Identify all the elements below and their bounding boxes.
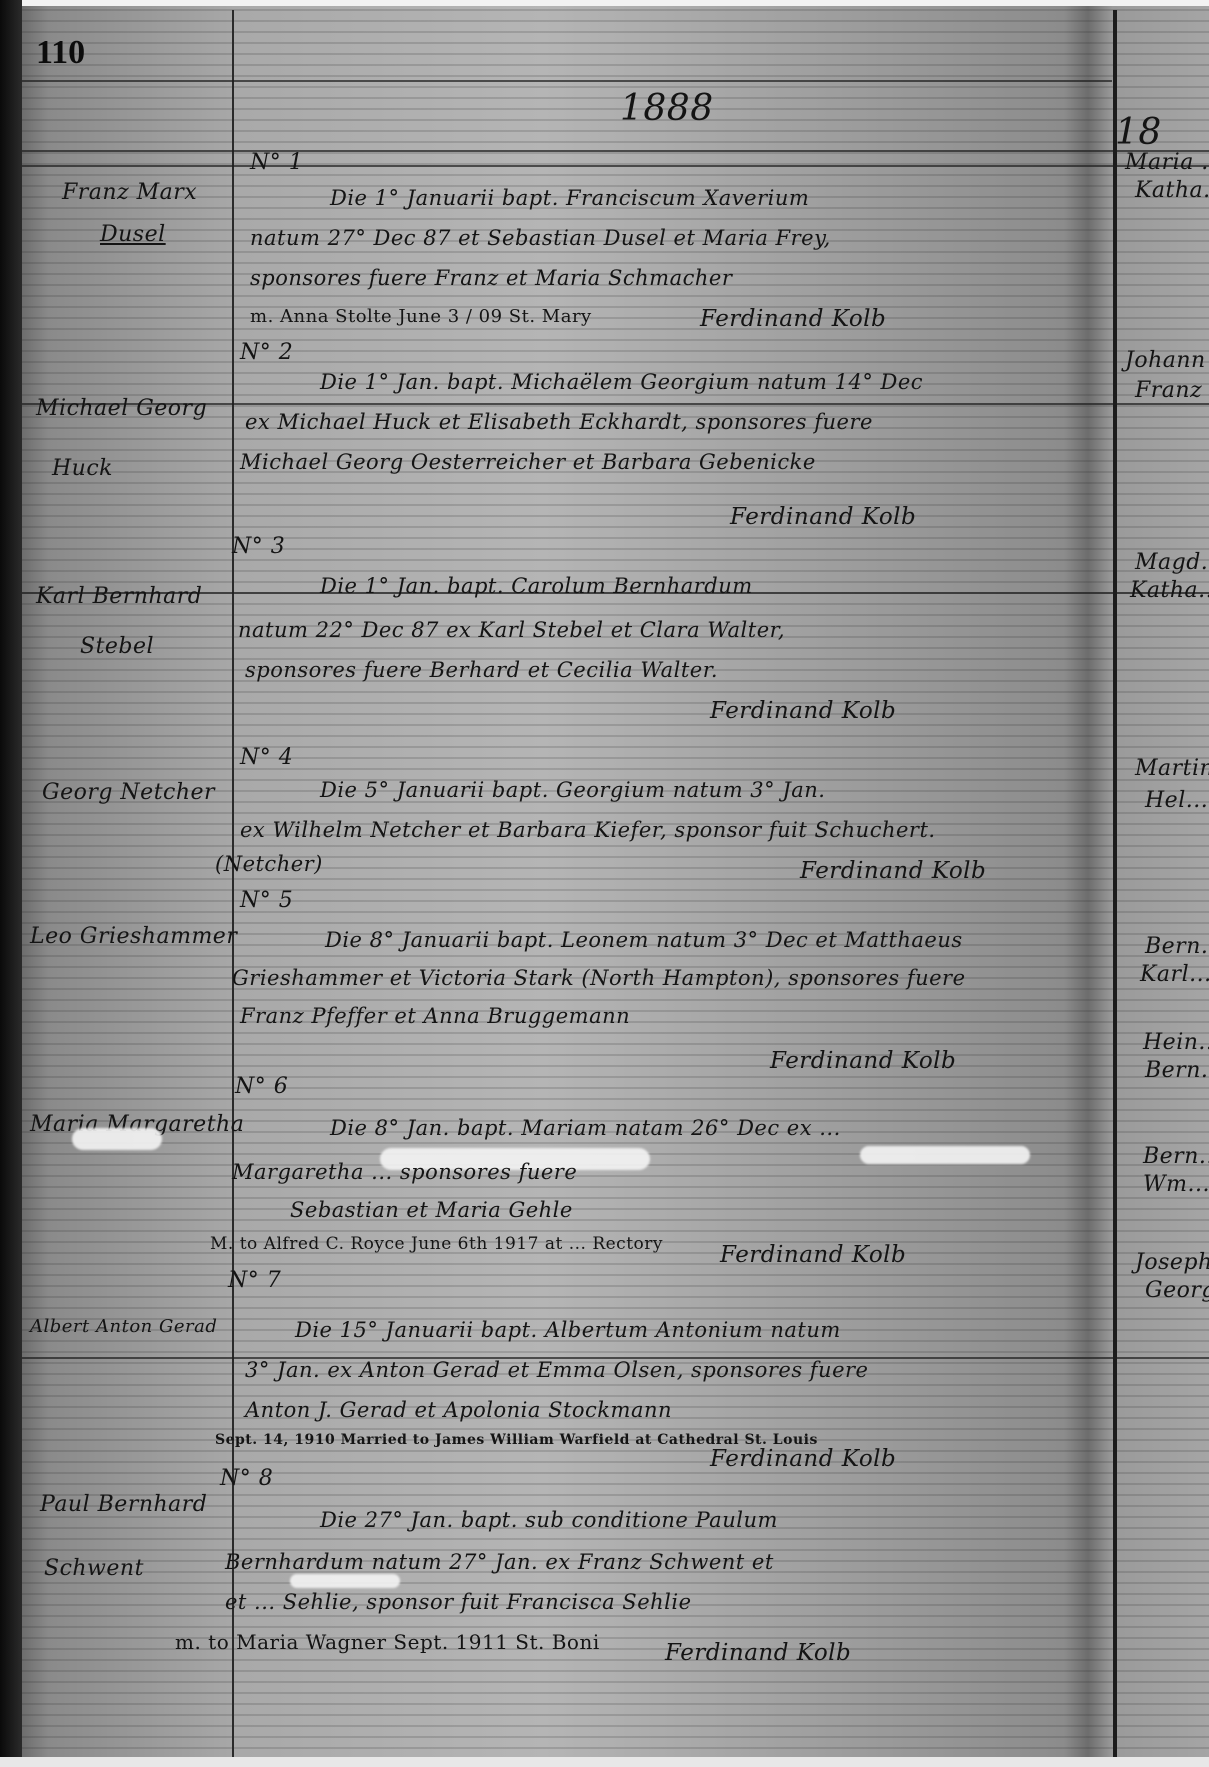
ledger-rule <box>22 165 1209 167</box>
priest-signature: Ferdinand Kolb <box>710 1446 896 1472</box>
entry-text-line: Die 8° Jan. bapt. Mariam natam 26° Dec e… <box>330 1116 841 1140</box>
facing-margin-name: Bern... <box>1145 934 1209 959</box>
entry-text-line: sponsores fuere Berhard et Cecilia Walte… <box>245 658 718 682</box>
entry-number: N° 5 <box>240 888 293 913</box>
marginal-annotation: M. to Alfred C. Royce June 6th 1917 at .… <box>210 1234 663 1254</box>
entry-text-line: Die 5° Januarii bapt. Georgium natum 3° … <box>320 778 825 802</box>
facing-margin-name: Joseph... <box>1135 1250 1209 1275</box>
facing-margin-name: Martin... <box>1135 756 1209 781</box>
facing-margin-name: Hein... <box>1143 1030 1209 1055</box>
entry-text-line: Bernhardum natum 27° Jan. ex Franz Schwe… <box>225 1550 774 1574</box>
margin-column-rule <box>232 10 234 1757</box>
entry-text-line: natum 27° Dec 87 et Sebastian Dusel et M… <box>250 226 831 250</box>
facing-page-fragment: 18 Maria ... Katha... Johann ... Franz .… <box>1115 0 1209 1767</box>
entry-text-line: Die 1° Januarii bapt. Franciscum Xaveriu… <box>330 186 809 210</box>
facing-margin-name: Maria ... <box>1125 150 1209 175</box>
entry-number: N° 4 <box>240 745 293 770</box>
entry-text-line: Die 8° Januarii bapt. Leonem natum 3° De… <box>325 928 963 952</box>
margin-name: Schwent <box>44 1556 144 1581</box>
scan-bottom-edge <box>0 1757 1209 1767</box>
entry-text-line: natum 22° Dec 87 ex Karl Stebel et Clara… <box>238 618 785 642</box>
ledger-rule <box>22 80 1112 82</box>
margin-name: Michael Georg <box>36 396 207 421</box>
ledger-rule <box>22 150 1209 152</box>
scan-top-edge <box>0 0 1209 6</box>
facing-margin-name: Karl... <box>1140 962 1209 987</box>
margin-name: Dusel <box>100 222 166 247</box>
facing-margin-name: Georg... <box>1145 1278 1209 1303</box>
priest-signature: Ferdinand Kolb <box>800 858 986 884</box>
priest-signature: Ferdinand Kolb <box>700 306 886 332</box>
page-number: 110 <box>36 34 85 72</box>
margin-name: Paul Bernhard <box>40 1492 207 1517</box>
entry-number: N° 1 <box>250 150 303 175</box>
entry-text-line: Anton J. Gerad et Apolonia Stockmann <box>245 1398 672 1422</box>
entry-text-line: Margaretha ... sponsores fuere <box>232 1160 577 1184</box>
facing-margin-name: Johann ... <box>1125 348 1209 373</box>
entry-text-line: Die 1° Jan. bapt. Carolum Bernhardum <box>320 574 753 598</box>
entry-text-line: et ... Sehlie, sponsor fuit Francisca Se… <box>225 1590 692 1614</box>
margin-name: Georg Netcher <box>42 780 215 805</box>
book-binding-shadow <box>0 0 22 1767</box>
marginal-annotation: m. Anna Stolte June 3 / 09 St. Mary <box>250 306 592 327</box>
facing-margin-name: Bern... <box>1143 1144 1209 1169</box>
priest-signature: Ferdinand Kolb <box>720 1242 906 1268</box>
marginal-annotation: m. to Maria Wagner Sept. 1911 St. Boni <box>175 1630 600 1654</box>
entry-text-line: (Netcher) <box>215 852 323 876</box>
facing-margin-name: Magd... <box>1135 550 1209 575</box>
entry-text-line: Die 27° Jan. bapt. sub conditione Paulum <box>320 1508 778 1532</box>
entry-text-line: Die 15° Januarii bapt. Albertum Antonium… <box>295 1318 841 1342</box>
facing-page-year: 18 <box>1115 112 1162 153</box>
margin-name: Leo Grieshammer <box>30 924 237 949</box>
entry-text-line: Grieshammer et Victoria Stark (North Ham… <box>232 966 966 990</box>
margin-name: Huck <box>52 456 113 481</box>
facing-margin-name: Katha... <box>1135 178 1209 203</box>
facing-margin-name: Bern... <box>1145 1058 1209 1083</box>
entry-text-line: Franz Pfeffer et Anna Bruggemann <box>240 1004 630 1028</box>
facing-margin-name: Hel... <box>1145 788 1208 813</box>
year-heading: 1888 <box>620 88 714 129</box>
entry-number: N° 6 <box>235 1074 288 1099</box>
entry-text-line: Michael Georg Oesterreicher et Barbara G… <box>240 450 816 474</box>
priest-signature: Ferdinand Kolb <box>730 504 916 530</box>
entry-number: N° 8 <box>220 1466 273 1491</box>
entry-number: N° 3 <box>232 534 285 559</box>
margin-name: Franz Marx <box>62 180 197 205</box>
entry-text-line: Sebastian et Maria Gehle <box>290 1198 573 1222</box>
entry-text-line: ex Michael Huck et Elisabeth Eckhardt, s… <box>245 410 873 434</box>
priest-signature: Ferdinand Kolb <box>665 1640 851 1666</box>
priest-signature: Ferdinand Kolb <box>770 1048 956 1074</box>
entry-number: N° 7 <box>228 1268 281 1293</box>
paper-damage-blot <box>860 1146 1030 1164</box>
paper-damage-blot <box>72 1128 162 1150</box>
margin-name: Albert Anton Gerad <box>30 1316 217 1337</box>
facing-margin-name: Katha... <box>1130 578 1209 603</box>
entry-text-line: 3° Jan. ex Anton Gerad et Emma Olsen, sp… <box>245 1358 868 1382</box>
priest-signature: Ferdinand Kolb <box>710 698 896 724</box>
facing-margin-name: Wm... <box>1143 1172 1209 1197</box>
facing-margin-name: Franz ... <box>1135 378 1209 403</box>
entry-text-line: Die 1° Jan. bapt. Michaëlem Georgium nat… <box>320 370 923 394</box>
entry-text-line: sponsores fuere Franz et Maria Schmacher <box>250 266 732 290</box>
margin-name: Stebel <box>80 634 154 659</box>
paper-damage-blot <box>290 1574 400 1588</box>
entry-number: N° 2 <box>240 340 293 365</box>
entry-text-line: ex Wilhelm Netcher et Barbara Kiefer, sp… <box>240 818 936 842</box>
register-page-scan: 110 1888 N° 1 Franz Marx Dusel Die 1° Ja… <box>0 0 1209 1767</box>
margin-name: Karl Bernhard <box>36 584 202 609</box>
